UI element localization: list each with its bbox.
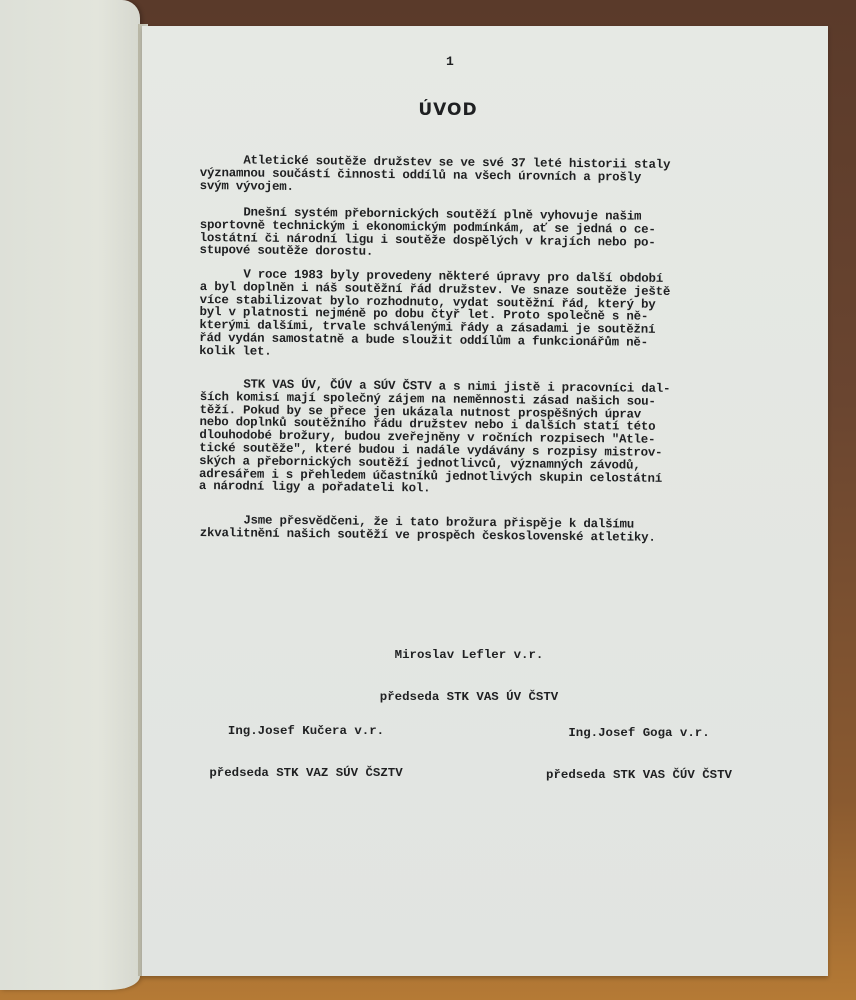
paragraph-1: Atletické soutěže družstev se ve své 37 … [200, 154, 760, 198]
signature-kucera: Ing.Josef Kučera v.r. předseda STK VAZ S… [186, 696, 426, 808]
left-page [0, 0, 140, 990]
paragraph-2: Dnešní systém přebornických soutěží plně… [199, 206, 760, 263]
signature-name: Ing.Josef Goga v.r. [524, 726, 754, 740]
paragraph-4: STK VAS ÚV, ČÚV a SÚV ČSTV a s nimi jist… [199, 378, 760, 499]
signature-role: předseda STK VAZ SÚV ČSZTV [186, 766, 426, 780]
paragraph-5: Jsme přesvědčeni, že i tato brožura přis… [200, 514, 760, 545]
page-number: 1 [446, 54, 454, 69]
signature-name: Miroslav Lefler v.r. [364, 648, 574, 662]
signature-role: předseda STK VAS ČÚV ČSTV [524, 768, 754, 782]
page-title: ÚVOD [142, 100, 754, 120]
signature-goga: Ing.Josef Goga v.r. předseda STK VAS ČÚV… [524, 698, 754, 810]
document-page: 1 ÚVOD Atletické soutěže družstev se ve … [142, 26, 828, 976]
paragraph-3: V roce 1983 byly provedeny některé úprav… [199, 268, 760, 363]
signature-name: Ing.Josef Kučera v.r. [186, 724, 426, 738]
